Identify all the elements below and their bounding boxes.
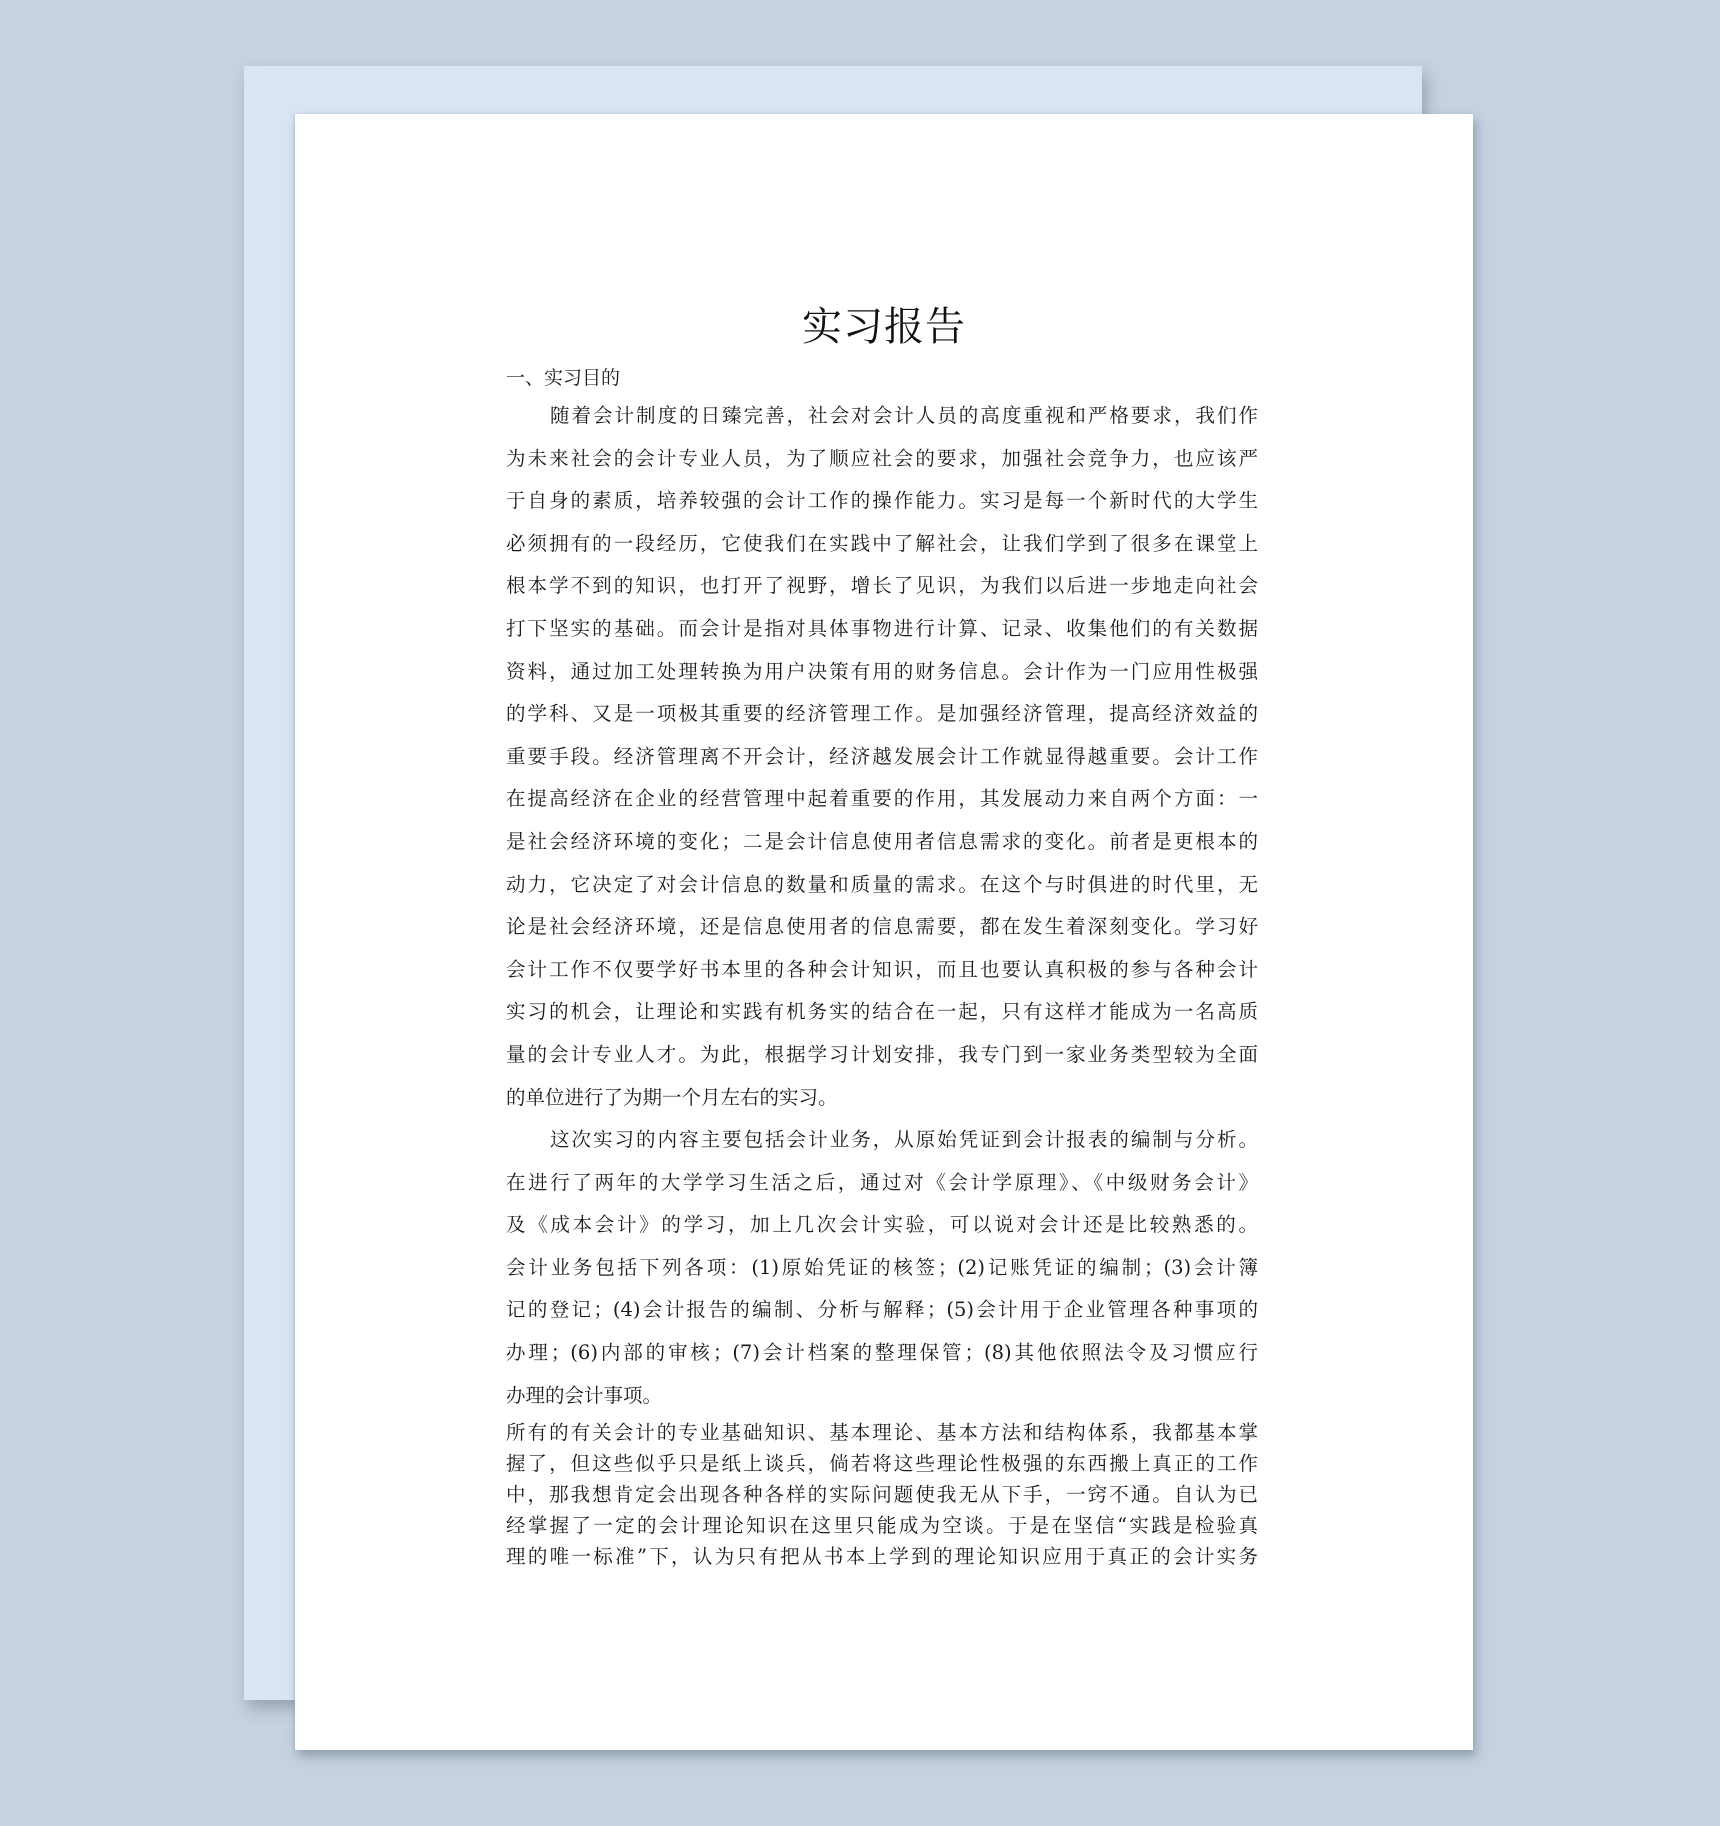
text-line: 中，那我想肯定会出现各种各样的实际问题使我无从下手，一窍不通。自认为已: [506, 1479, 1258, 1510]
paragraph-purpose: 随着会计制度的日臻完善，社会对会计人员的高度重视和严格要求，我们作 为未来社会的…: [506, 395, 1258, 1119]
text-line: 重要手段。经济管理离不开会计，经济越发展会计工作就显得越重要。会计工作: [506, 736, 1258, 779]
text-line: 的学科、又是一项极其重要的经济管理工作。是加强经济管理，提高经济效益的: [506, 693, 1258, 736]
text-line: 根本学不到的知识，也打开了视野，增长了见识，为我们以后进一步地走向社会: [506, 565, 1258, 608]
text-line: 经掌握了一定的会计理论知识在这里只能成为空谈。于是在坚信“实践是检验真: [506, 1510, 1258, 1541]
text-line: 于自身的素质，培养较强的会计工作的操作能力。实习是每一个新时代的大学生: [506, 480, 1258, 523]
text-line: 论是社会经济环境，还是信息使用者的信息需要，都在发生着深刻变化。学习好: [506, 906, 1258, 949]
text-line: 所有的有关会计的专业基础知识、基本理论、基本方法和结构体系，我都基本掌: [506, 1417, 1258, 1448]
text-line: 握了，但这些似乎只是纸上谈兵，倘若将这些理论性极强的东西搬上真正的工作: [506, 1448, 1258, 1479]
text-line: 办理；(6)内部的审核；(7)会计档案的整理保管；(8)其他依照法令及习惯应行: [506, 1332, 1258, 1375]
text-line: 随着会计制度的日臻完善，社会对会计人员的高度重视和严格要求，我们作: [506, 395, 1258, 438]
text-line: 为未来社会的会计专业人员，为了顺应社会的要求，加强社会竞争力，也应该严: [506, 438, 1258, 481]
text-line: 会计工作不仅要学好书本里的各种会计知识，而且也要认真积极的参与各种会计: [506, 949, 1258, 992]
document-page: 实习报告 一、实习目的 随着会计制度的日臻完善，社会对会计人员的高度重视和严格要…: [295, 114, 1473, 1750]
paragraph-theory: 所有的有关会计的专业基础知识、基本理论、基本方法和结构体系，我都基本掌 握了，但…: [506, 1417, 1258, 1572]
text-line: 这次实习的内容主要包括会计业务，从原始凭证到会计报表的编制与分析。: [506, 1119, 1258, 1162]
text-line: 在进行了两年的大学学习生活之后，通过对《会计学原理》、《中级财务会计》: [506, 1162, 1258, 1205]
text-line: 的单位进行了为期一个月左右的实习。: [506, 1077, 1258, 1120]
document-body: 一、实习目的 随着会计制度的日臻完善，社会对会计人员的高度重视和严格要求，我们作…: [506, 361, 1258, 1572]
text-line: 是社会经济环境的变化；二是会计信息使用者信息需求的变化。前者是更根本的: [506, 821, 1258, 864]
text-line: 打下坚实的基础。而会计是指对具体事物进行计算、记录、收集他们的有关数据: [506, 608, 1258, 651]
text-line: 办理的会计事项。: [506, 1375, 1258, 1418]
text-line: 实习的机会，让理论和实践有机务实的结合在一起，只有这样才能成为一名高质: [506, 991, 1258, 1034]
paragraph-content: 这次实习的内容主要包括会计业务，从原始凭证到会计报表的编制与分析。 在进行了两年…: [506, 1119, 1258, 1417]
text-line: 理的唯一标准”下，认为只有把从书本上学到的理论知识应用于真正的会计实务: [506, 1541, 1258, 1572]
text-line: 会计业务包括下列各项：(1)原始凭证的核签；(2)记账凭证的编制；(3)会计簿: [506, 1247, 1258, 1290]
text-line: 记的登记；(4)会计报告的编制、分析与解释；(5)会计用于企业管理各种事项的: [506, 1289, 1258, 1332]
text-line: 及《成本会计》的学习，加上几次会计实验，可以说对会计还是比较熟悉的。: [506, 1204, 1258, 1247]
text-line: 动力，它决定了对会计信息的数量和质量的需求。在这个与时俱进的时代里，无: [506, 864, 1258, 907]
text-line: 在提高经济在企业的经营管理中起着重要的作用，其发展动力来自两个方面：一: [506, 778, 1258, 821]
document-title: 实习报告: [295, 301, 1473, 353]
section-heading: 一、实习目的: [506, 361, 1258, 395]
text-line: 必须拥有的一段经历，它使我们在实践中了解社会，让我们学到了很多在课堂上: [506, 523, 1258, 566]
text-line: 量的会计专业人才。为此，根据学习计划安排，我专门到一家业务类型较为全面: [506, 1034, 1258, 1077]
text-line: 资料，通过加工处理转换为用户决策有用的财务信息。会计作为一门应用性极强: [506, 651, 1258, 694]
